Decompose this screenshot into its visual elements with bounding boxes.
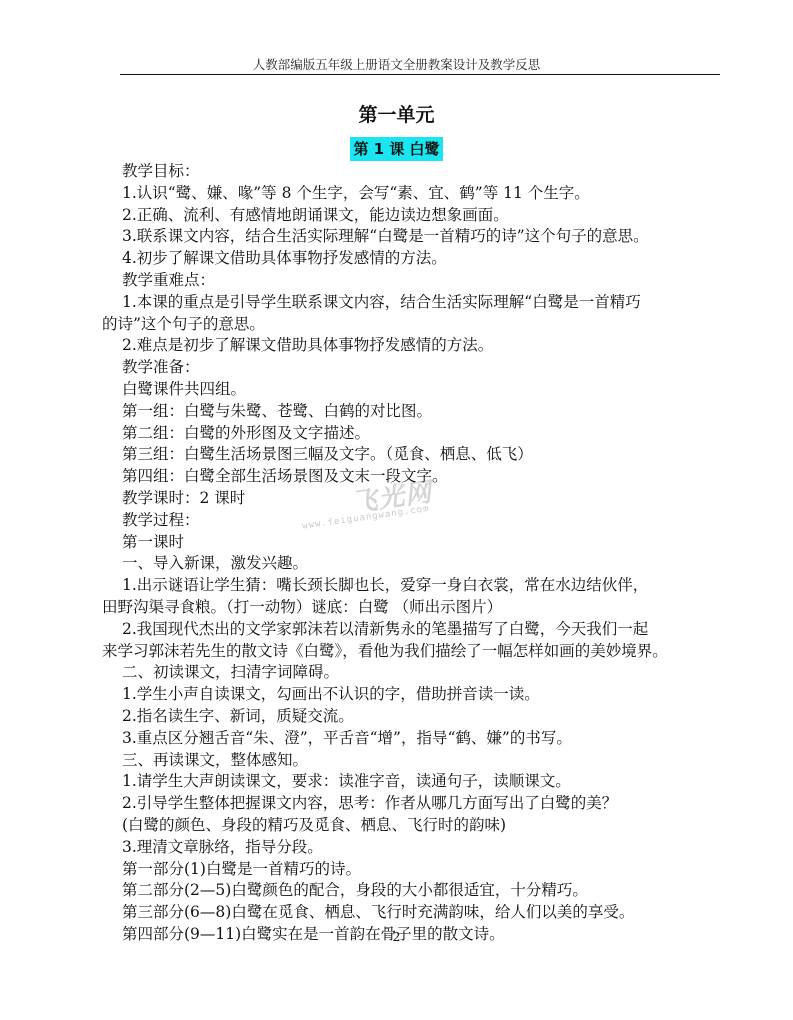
document-line: 2.正确、流利、有感情地朗诵课文，能边读边想象画面。	[122, 205, 702, 227]
document-line: 第三组：白鹭生活场景图三幅及文字。（觅食、栖息、低飞）	[122, 444, 702, 466]
document-line: 4.初步了解课文借助具体事物抒发感情的方法。	[122, 248, 702, 270]
page-header-text: 人教部编版五年级上册语文全册教案设计及教学反思	[0, 55, 793, 73]
document-line: 2.引导学生整体把握课文内容，思考：作者从哪几方面写出了白鹭的美？	[122, 793, 702, 815]
document-line: 三、再读课文，整体感知。	[122, 750, 702, 772]
document-line: 1.请学生大声朗读课文，要求：读准字音，读通句子，读顺课文。	[122, 771, 702, 793]
document-line: 的诗”这个句子的意思。	[102, 314, 702, 336]
header-rule	[120, 74, 720, 75]
document-line: 教学准备：	[122, 357, 702, 379]
document-line: 第二部分(2—5)白鹭颜色的配合，身段的大小都很适宜，十分精巧。	[122, 880, 702, 902]
document-line: 第一部分(1)白鹭是一首精巧的诗。	[122, 859, 702, 881]
document-line: 1.学生小声自读课文，勾画出不认识的字，借助拼音读一读。	[122, 684, 702, 706]
document-line: 第一组：白鹭与朱鹭、苍鹭、白鹤的对比图。	[122, 401, 702, 423]
page-number: 2	[0, 929, 793, 944]
document-line: 2.难点是初步了解课文借助具体事物抒发感情的方法。	[122, 335, 702, 357]
document-line: 教学课时：2 课时	[122, 488, 702, 510]
document-line: 1.认识“鹭、嫌、喙”等 8 个生字，会写“素、宜、鹤”等 11 个生字。	[122, 183, 702, 205]
document-line: 教学目标：	[122, 161, 702, 183]
document-line: 1.本课的重点是引导学生联系课文内容，结合生活实际理解“白鹭是一首精巧	[122, 292, 702, 314]
document-line: 3.重点区分翘舌音“朱、澄”，平舌音“增”，指导“鹤、嫌”的书写。	[122, 728, 702, 750]
document-line: 教学重难点：	[122, 270, 702, 292]
document-line: 2.我国现代杰出的文学家郭沫若以清新隽永的笔墨描写了白鹭，今天我们一起	[122, 619, 702, 641]
document-line: 第三部分(6—8)白鹭在觅食、栖息、飞行时充满韵味，给人们以美的享受。	[122, 902, 702, 924]
document-line: 第二组：白鹭的外形图及文字描述。	[122, 423, 702, 445]
document-line: (白鹭的颜色、身段的精巧及觅食、栖息、飞行时的韵味)	[122, 815, 702, 837]
document-line: 来学习郭沫若先生的散文诗《白鹭》，看他为我们描绘了一幅怎样如画的美妙境界。	[102, 641, 702, 663]
document-line: 1.出示谜语让学生猜：嘴长颈长脚也长，爱穿一身白衣裳，常在水边结伙伴，	[122, 575, 702, 597]
unit-title: 第一单元	[0, 100, 793, 127]
document-line: 一、导入新课，激发兴趣。	[122, 553, 702, 575]
lesson-title: 第 1 课 白鹭	[350, 137, 442, 161]
lesson-title-wrap: 第 1 课 白鹭	[0, 137, 793, 161]
document-line: 3.联系课文内容，结合生活实际理解“白鹭是一首精巧的诗”这个句子的意思。	[122, 226, 702, 248]
document-line: 田野沟渠寻食粮。（打一动物）谜底：白鹭 （师出示图片）	[102, 597, 702, 619]
document-line: 第一课时	[122, 532, 702, 554]
document-body: 教学目标：1.认识“鹭、嫌、喙”等 8 个生字，会写“素、宜、鹤”等 11 个生…	[122, 161, 702, 946]
document-line: 教学过程：	[122, 510, 702, 532]
document-line: 2.指名读生字、新词，质疑交流。	[122, 706, 702, 728]
document-line: 3.理清文章脉络，指导分段。	[122, 837, 702, 859]
document-line: 第四组：白鹭全部生活场景图及文末一段文字。	[122, 466, 702, 488]
document-line: 白鹭课件共四组。	[122, 379, 702, 401]
document-line: 二、初读课文，扫清字词障碍。	[122, 662, 702, 684]
